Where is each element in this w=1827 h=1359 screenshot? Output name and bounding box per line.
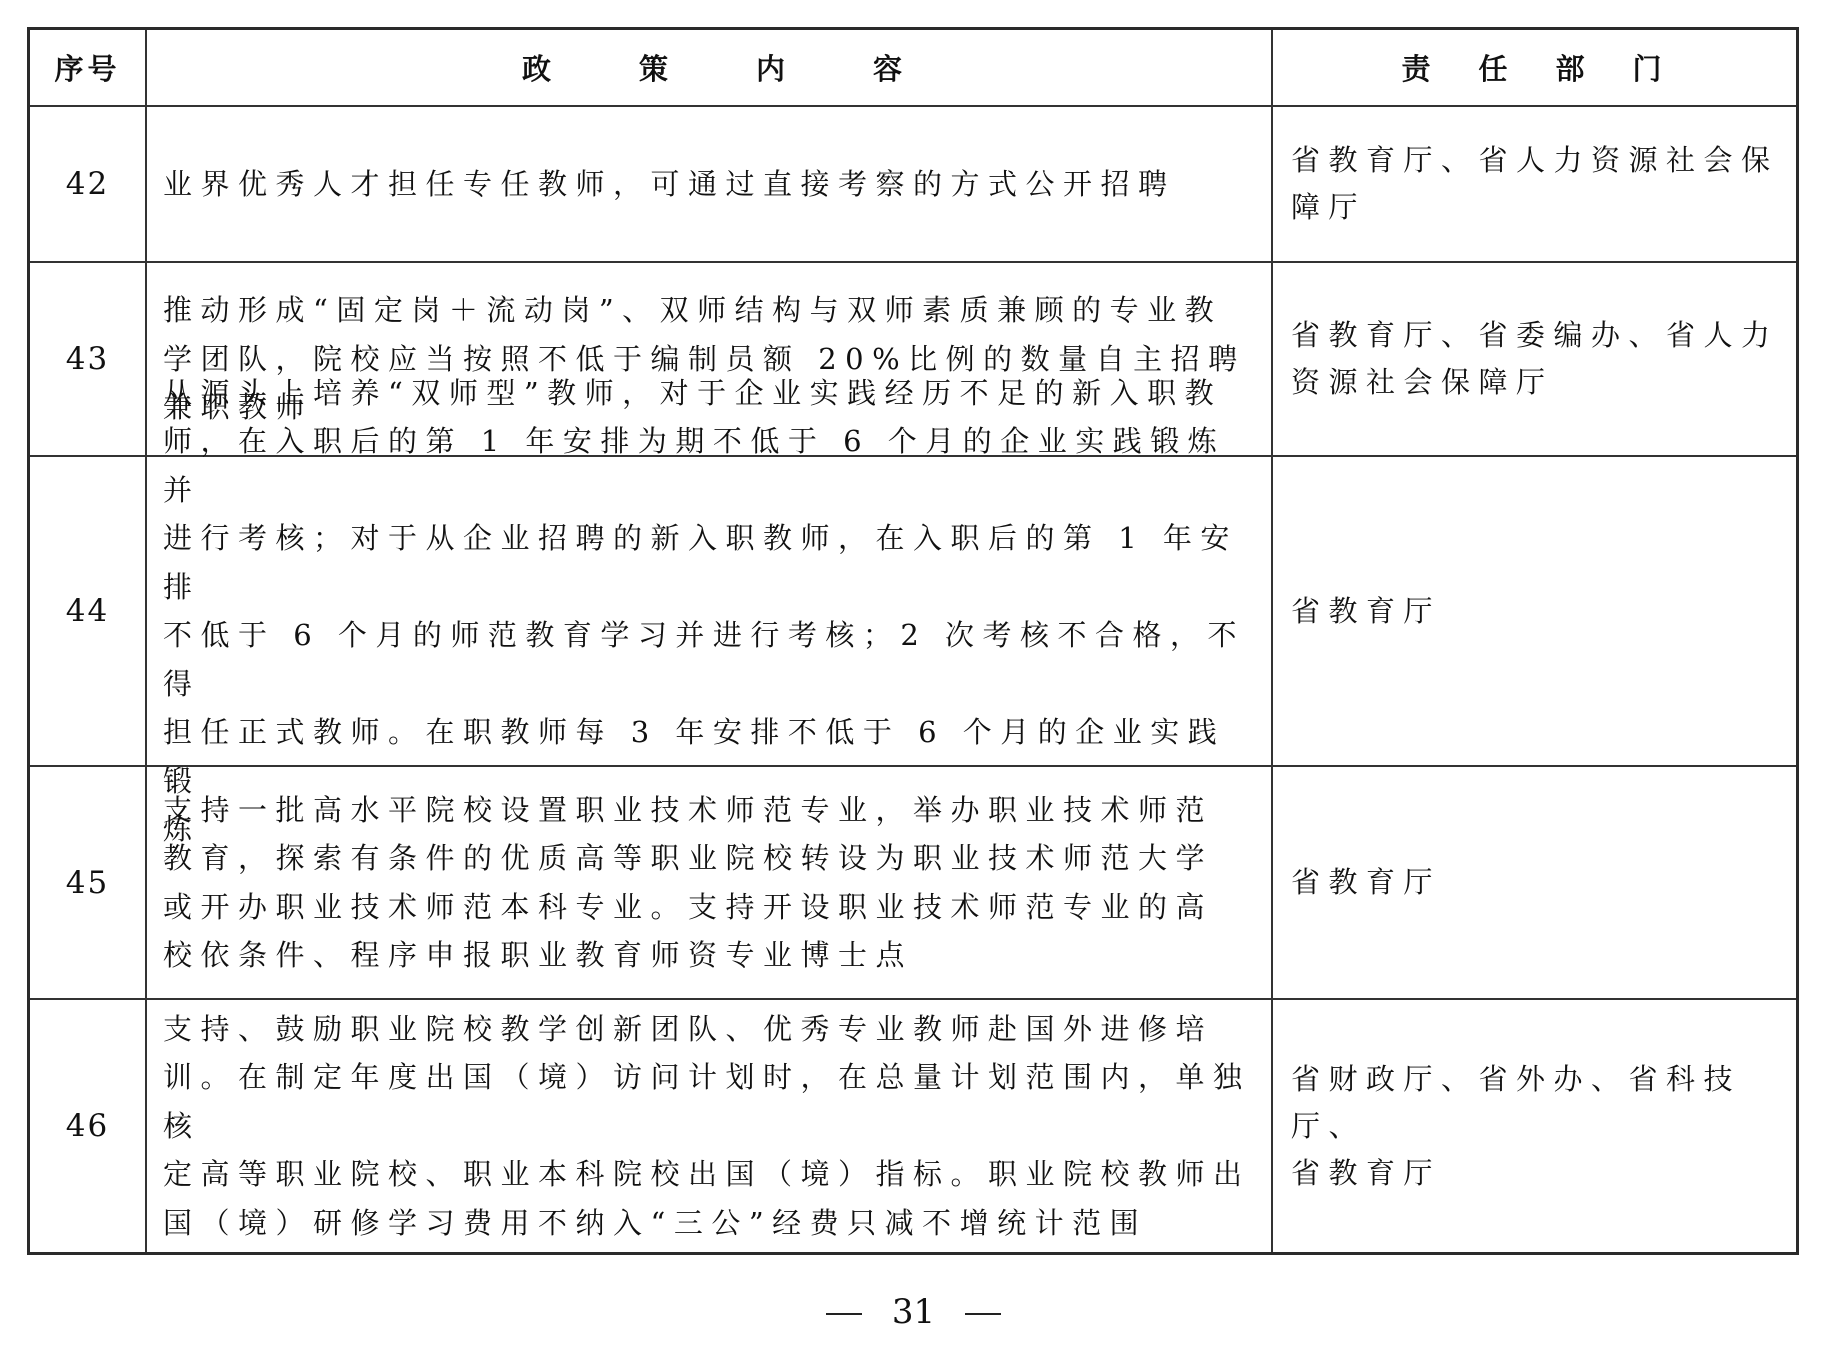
page-number-text: 31 (892, 1292, 935, 1332)
table-row: 46 支持、鼓励职业院校教学创新团队、优秀专业教师赴国外进修培 训。在制定年度出… (30, 998, 1796, 1252)
table-row: 45 支持一批高水平院校设置职业技术师范专业，举办职业技术师范 教育，探索有条件… (30, 765, 1796, 998)
row-number: 43 (30, 263, 147, 455)
row-number-text: 43 (66, 341, 109, 377)
policy-text: 支持、鼓励职业院校教学创新团队、优秀专业教师赴国外进修培 训。在制定年度出国（境… (163, 1005, 1261, 1248)
department-cell: 省教育厅 (1273, 457, 1796, 765)
page-number: 31 (0, 1292, 1827, 1332)
row-number-text: 45 (66, 865, 109, 901)
header-policy-content: 政策内容 (147, 30, 1273, 105)
department-cell: 省教育厅、省人力资源社会保 障厅 (1273, 107, 1796, 261)
dash-left (826, 1313, 862, 1315)
department-text: 省教育厅、省人力资源社会保 障厅 (1291, 137, 1779, 231)
department-cell: 省财政厅、省外办、省科技厅、 省教育厅 (1273, 1000, 1796, 1252)
policy-table: 序号 政策内容 责任部门 42 业界优秀人才担任专任教师，可通过直接考察的方式公… (27, 27, 1799, 1255)
policy-text: 支持一批高水平院校设置职业技术师范专业，举办职业技术师范 教育，探索有条件的优质… (163, 786, 1213, 980)
row-number-text: 44 (66, 593, 109, 629)
policy-cell: 支持、鼓励职业院校教学创新团队、优秀专业教师赴国外进修培 训。在制定年度出国（境… (147, 1000, 1273, 1252)
department-cell: 省教育厅、省委编办、省人力 资源社会保障厅 (1273, 263, 1796, 455)
table-row: 42 业界优秀人才担任专任教师，可通过直接考察的方式公开招聘 省教育厅、省人力资… (30, 105, 1796, 261)
policy-text: 业界优秀人才担任专任教师，可通过直接考察的方式公开招聘 (163, 160, 1176, 209)
row-number: 42 (30, 107, 147, 261)
row-number: 46 (30, 1000, 147, 1252)
department-text: 省财政厅、省外办、省科技厅、 省教育厅 (1291, 1056, 1790, 1197)
policy-cell: 从源头上培养“双师型”教师，对于企业实践经历不足的新入职教 师，在入职后的第 1… (147, 457, 1273, 765)
row-number-text: 42 (66, 166, 109, 202)
dash-right (965, 1313, 1001, 1315)
table-row: 44 从源头上培养“双师型”教师，对于企业实践经历不足的新入职教 师，在入职后的… (30, 455, 1796, 765)
department-text: 省教育厅、省委编办、省人力 资源社会保障厅 (1291, 312, 1779, 406)
row-number: 45 (30, 767, 147, 998)
table-header-row: 序号 政策内容 责任部门 (30, 30, 1796, 105)
header-serial-number-label: 序号 (54, 47, 120, 88)
row-number: 44 (30, 457, 147, 765)
header-serial-number: 序号 (30, 30, 147, 105)
department-text: 省教育厅 (1291, 588, 1441, 635)
header-responsible-department-label: 责任部门 (1401, 47, 1709, 88)
header-responsible-department: 责任部门 (1273, 30, 1796, 105)
policy-cell: 支持一批高水平院校设置职业技术师范专业，举办职业技术师范 教育，探索有条件的优质… (147, 767, 1273, 998)
header-policy-content-label: 政策内容 (522, 47, 990, 88)
department-text: 省教育厅 (1291, 859, 1441, 906)
row-number-text: 46 (66, 1108, 109, 1144)
department-cell: 省教育厅 (1273, 767, 1796, 998)
policy-cell: 业界优秀人才担任专任教师，可通过直接考察的方式公开招聘 (147, 107, 1273, 261)
